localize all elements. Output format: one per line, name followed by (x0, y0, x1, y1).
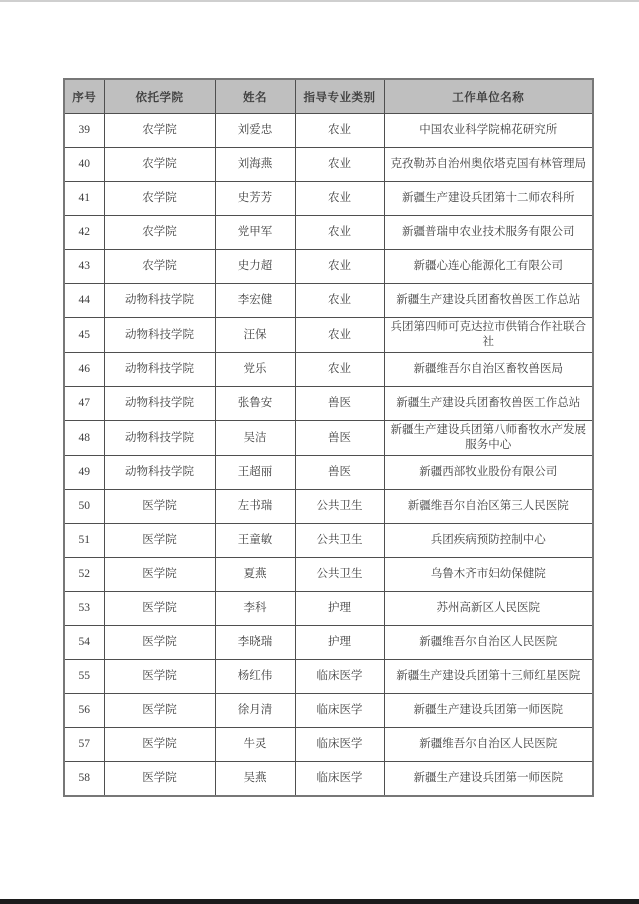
cell-category: 兽医 (295, 421, 384, 456)
table-header: 序号 依托学院 姓名 指导专业类别 工作单位名称 (64, 79, 593, 114)
cell-organization: 新疆维吾尔自治区人民医院 (384, 626, 593, 660)
table-row: 41农学院史芳芳农业新疆生产建设兵团第十二师农科所 (64, 182, 593, 216)
cell-organization: 新疆西部牧业股份有限公司 (384, 456, 593, 490)
cell-name: 杨红伟 (215, 660, 295, 694)
header-college: 依托学院 (104, 79, 215, 114)
cell-name: 史力超 (215, 250, 295, 284)
cell-organization: 新疆维吾尔自治区第三人民医院 (384, 490, 593, 524)
cell-index: 42 (64, 216, 104, 250)
cell-college: 农学院 (104, 114, 215, 148)
cell-college: 医学院 (104, 728, 215, 762)
cell-name: 王超丽 (215, 456, 295, 490)
cell-name: 牛灵 (215, 728, 295, 762)
cell-index: 44 (64, 284, 104, 318)
cell-name: 徐月清 (215, 694, 295, 728)
cell-college: 农学院 (104, 216, 215, 250)
cell-organization: 新疆生产建设兵团畜牧兽医工作总站 (384, 284, 593, 318)
header-name: 姓名 (215, 79, 295, 114)
table-row: 58医学院吴燕临床医学新疆生产建设兵团第一师医院 (64, 762, 593, 797)
cell-name: 张鲁安 (215, 387, 295, 421)
cell-category: 兽医 (295, 387, 384, 421)
cell-category: 农业 (295, 284, 384, 318)
cell-category: 农业 (295, 182, 384, 216)
cell-category: 农业 (295, 250, 384, 284)
table-row: 45动物科技学院汪保农业兵团第四师可克达拉市供销合作社联合社 (64, 318, 593, 353)
cell-index: 56 (64, 694, 104, 728)
cell-college: 医学院 (104, 694, 215, 728)
cell-organization: 乌鲁木齐市妇幼保健院 (384, 558, 593, 592)
cell-organization: 新疆生产建设兵团第八师畜牧水产发展服务中心 (384, 421, 593, 456)
table-row: 51医学院王童敏公共卫生兵团疾病预防控制中心 (64, 524, 593, 558)
roster-table: 序号 依托学院 姓名 指导专业类别 工作单位名称 39农学院刘爱忠农业中国农业科… (63, 78, 594, 797)
cell-index: 40 (64, 148, 104, 182)
cell-college: 动物科技学院 (104, 456, 215, 490)
table-row: 40农学院刘海燕农业克孜勒苏自治州奥依塔克国有林管理局 (64, 148, 593, 182)
cell-category: 兽医 (295, 456, 384, 490)
table-row: 48动物科技学院吴洁兽医新疆生产建设兵团第八师畜牧水产发展服务中心 (64, 421, 593, 456)
cell-name: 王童敏 (215, 524, 295, 558)
cell-name: 夏燕 (215, 558, 295, 592)
cell-index: 45 (64, 318, 104, 353)
cell-organization: 兵团疾病预防控制中心 (384, 524, 593, 558)
cell-organization: 兵团第四师可克达拉市供销合作社联合社 (384, 318, 593, 353)
cell-index: 58 (64, 762, 104, 797)
cell-organization: 新疆维吾尔自治区畜牧兽医局 (384, 353, 593, 387)
cell-college: 医学院 (104, 592, 215, 626)
table-row: 50医学院左书瑞公共卫生新疆维吾尔自治区第三人民医院 (64, 490, 593, 524)
cell-organization: 新疆生产建设兵团第一师医院 (384, 762, 593, 797)
table-row: 49动物科技学院王超丽兽医新疆西部牧业股份有限公司 (64, 456, 593, 490)
document-bottom-bar (0, 899, 639, 904)
cell-organization: 新疆维吾尔自治区人民医院 (384, 728, 593, 762)
cell-name: 史芳芳 (215, 182, 295, 216)
table-row: 57医学院牛灵临床医学新疆维吾尔自治区人民医院 (64, 728, 593, 762)
cell-organization: 新疆生产建设兵团第十二师农科所 (384, 182, 593, 216)
cell-name: 汪保 (215, 318, 295, 353)
cell-college: 医学院 (104, 490, 215, 524)
header-index: 序号 (64, 79, 104, 114)
header-row: 序号 依托学院 姓名 指导专业类别 工作单位名称 (64, 79, 593, 114)
cell-organization: 新疆生产建设兵团畜牧兽医工作总站 (384, 387, 593, 421)
cell-category: 临床医学 (295, 728, 384, 762)
cell-category: 护理 (295, 592, 384, 626)
table-row: 39农学院刘爱忠农业中国农业科学院棉花研究所 (64, 114, 593, 148)
header-category: 指导专业类别 (295, 79, 384, 114)
cell-name: 李宏健 (215, 284, 295, 318)
cell-name: 吴燕 (215, 762, 295, 797)
roster-table-container: 序号 依托学院 姓名 指导专业类别 工作单位名称 39农学院刘爱忠农业中国农业科… (63, 78, 592, 797)
table-row: 46动物科技学院党乐农业新疆维吾尔自治区畜牧兽医局 (64, 353, 593, 387)
table-row: 43农学院史力超农业新疆心连心能源化工有限公司 (64, 250, 593, 284)
cell-organization: 克孜勒苏自治州奥依塔克国有林管理局 (384, 148, 593, 182)
cell-category: 临床医学 (295, 694, 384, 728)
cell-organization: 新疆生产建设兵团第一师医院 (384, 694, 593, 728)
cell-college: 医学院 (104, 524, 215, 558)
cell-category: 公共卫生 (295, 490, 384, 524)
cell-name: 李科 (215, 592, 295, 626)
header-organization: 工作单位名称 (384, 79, 593, 114)
cell-college: 农学院 (104, 182, 215, 216)
cell-category: 农业 (295, 216, 384, 250)
table-row: 52医学院夏燕公共卫生乌鲁木齐市妇幼保健院 (64, 558, 593, 592)
cell-college: 医学院 (104, 558, 215, 592)
cell-organization: 新疆生产建设兵团第十三师红星医院 (384, 660, 593, 694)
table-body: 39农学院刘爱忠农业中国农业科学院棉花研究所40农学院刘海燕农业克孜勒苏自治州奥… (64, 114, 593, 797)
cell-category: 农业 (295, 114, 384, 148)
cell-college: 动物科技学院 (104, 421, 215, 456)
cell-name: 吴洁 (215, 421, 295, 456)
cell-name: 刘爱忠 (215, 114, 295, 148)
cell-category: 临床医学 (295, 660, 384, 694)
cell-name: 党乐 (215, 353, 295, 387)
cell-index: 53 (64, 592, 104, 626)
cell-index: 48 (64, 421, 104, 456)
cell-index: 54 (64, 626, 104, 660)
cell-college: 农学院 (104, 148, 215, 182)
table-row: 44动物科技学院李宏健农业新疆生产建设兵团畜牧兽医工作总站 (64, 284, 593, 318)
cell-index: 57 (64, 728, 104, 762)
cell-category: 公共卫生 (295, 558, 384, 592)
cell-index: 39 (64, 114, 104, 148)
cell-organization: 苏州高新区人民医院 (384, 592, 593, 626)
table-row: 53医学院李科护理苏州高新区人民医院 (64, 592, 593, 626)
cell-index: 55 (64, 660, 104, 694)
table-row: 54医学院李晓瑞护理新疆维吾尔自治区人民医院 (64, 626, 593, 660)
cell-college: 医学院 (104, 660, 215, 694)
document-top-edge-line (0, 0, 639, 2)
cell-index: 47 (64, 387, 104, 421)
cell-category: 临床医学 (295, 762, 384, 797)
table-row: 56医学院徐月清临床医学新疆生产建设兵团第一师医院 (64, 694, 593, 728)
cell-category: 护理 (295, 626, 384, 660)
cell-college: 医学院 (104, 762, 215, 797)
cell-category: 农业 (295, 353, 384, 387)
cell-organization: 新疆普瑞申农业技术服务有限公司 (384, 216, 593, 250)
cell-index: 43 (64, 250, 104, 284)
cell-index: 49 (64, 456, 104, 490)
cell-index: 41 (64, 182, 104, 216)
cell-category: 农业 (295, 148, 384, 182)
cell-college: 农学院 (104, 250, 215, 284)
cell-college: 动物科技学院 (104, 318, 215, 353)
cell-college: 动物科技学院 (104, 387, 215, 421)
cell-index: 52 (64, 558, 104, 592)
cell-category: 公共卫生 (295, 524, 384, 558)
table-row: 42农学院党甲军农业新疆普瑞申农业技术服务有限公司 (64, 216, 593, 250)
cell-name: 左书瑞 (215, 490, 295, 524)
table-row: 55医学院杨红伟临床医学新疆生产建设兵团第十三师红星医院 (64, 660, 593, 694)
table-row: 47动物科技学院张鲁安兽医新疆生产建设兵团畜牧兽医工作总站 (64, 387, 593, 421)
cell-college: 医学院 (104, 626, 215, 660)
cell-index: 51 (64, 524, 104, 558)
cell-category: 农业 (295, 318, 384, 353)
cell-index: 50 (64, 490, 104, 524)
cell-name: 刘海燕 (215, 148, 295, 182)
cell-index: 46 (64, 353, 104, 387)
cell-college: 动物科技学院 (104, 353, 215, 387)
cell-name: 李晓瑞 (215, 626, 295, 660)
cell-college: 动物科技学院 (104, 284, 215, 318)
cell-organization: 中国农业科学院棉花研究所 (384, 114, 593, 148)
cell-name: 党甲军 (215, 216, 295, 250)
cell-organization: 新疆心连心能源化工有限公司 (384, 250, 593, 284)
